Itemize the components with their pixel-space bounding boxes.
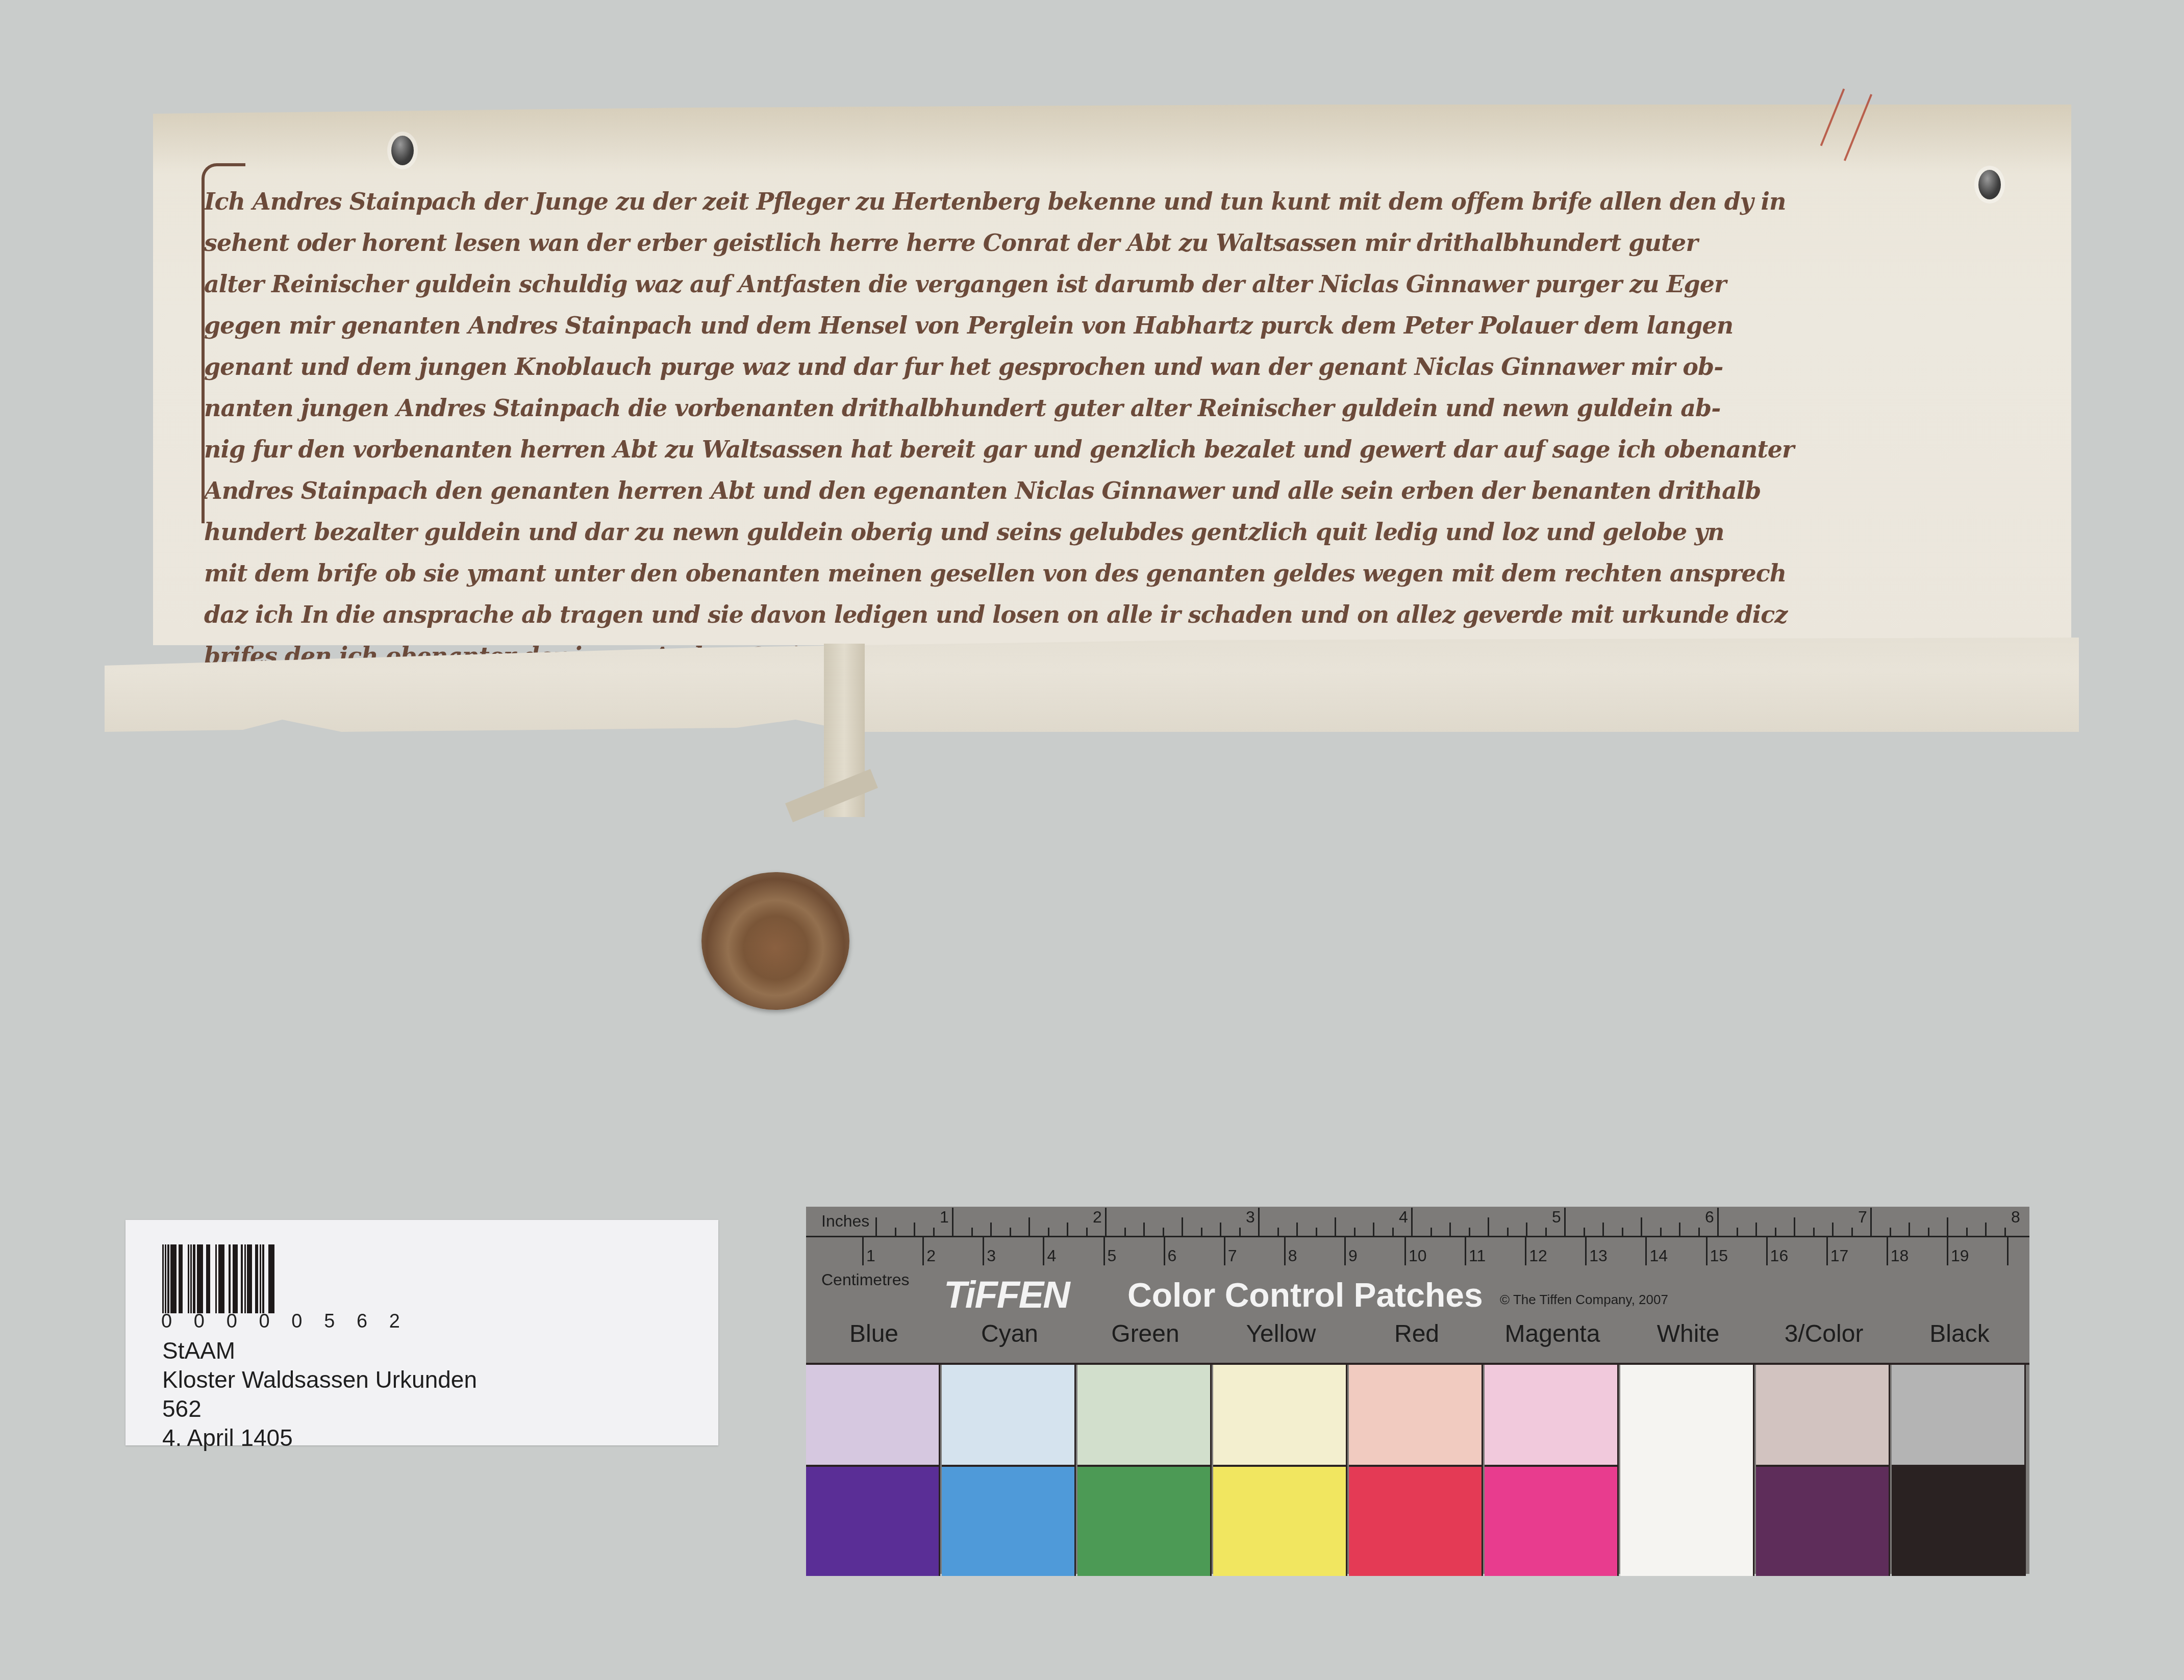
barcode-bar (264, 1244, 268, 1313)
inch-tick (1316, 1228, 1317, 1236)
archive-label: 0 0 0 0 0 5 6 2 StAAM Kloster Waldsassen… (125, 1220, 718, 1445)
chart-copyright: © The Tiffen Company, 2007 (1500, 1292, 1668, 1308)
patch-magenta-dark (1485, 1467, 1619, 1576)
cm-mark: 15 (1710, 1246, 1728, 1265)
cm-tick (983, 1237, 984, 1265)
cm-tick (862, 1237, 864, 1265)
inch-tick (1737, 1228, 1738, 1236)
inch-tick (1870, 1208, 1872, 1236)
inch-tick (1584, 1228, 1585, 1236)
cm-tick (1585, 1237, 1587, 1265)
inch-tick (1411, 1208, 1413, 1236)
inch-tick (971, 1228, 973, 1236)
cm-mark: 9 (1348, 1246, 1358, 1265)
inch-mark: 2 (1093, 1208, 1102, 1227)
inch-mark: 8 (2011, 1208, 2020, 1227)
inch-tick (1469, 1228, 1470, 1236)
text-line: nanten jungen Andres Stainpach die vorbe… (204, 388, 1888, 429)
patch-label-3-color: 3/Color (1756, 1320, 1892, 1348)
cm-mark: 14 (1649, 1246, 1668, 1265)
cm-tick (2007, 1237, 2009, 1265)
patch-magenta-light (1485, 1365, 1619, 1467)
barcode-bar (268, 1244, 274, 1313)
cm-tick (1826, 1237, 1828, 1265)
barcode-bar (170, 1244, 177, 1313)
cm-tick (922, 1237, 924, 1265)
ruler-inches-label: Inches (821, 1212, 869, 1231)
barcode-bar (210, 1244, 215, 1313)
patch-red-light (1349, 1365, 1483, 1467)
cm-mark: 7 (1228, 1246, 1237, 1265)
patch-label-yellow: Yellow (1213, 1320, 1349, 1348)
patch-3-color-light (1756, 1365, 1890, 1467)
patch-black-light (1892, 1365, 2026, 1467)
inch-mark: 5 (1552, 1208, 1561, 1227)
patch-label-red: Red (1349, 1320, 1485, 1348)
charter-text: Ich Andres Stainpach der Junge zu der ze… (204, 181, 1888, 718)
cm-mark: 13 (1589, 1246, 1608, 1265)
cm-mark: 18 (1891, 1246, 1909, 1265)
barcode (162, 1244, 407, 1313)
inch-tick (1985, 1223, 1987, 1236)
inch-tick (1545, 1228, 1547, 1236)
barcode-bar (218, 1244, 224, 1313)
inch-tick (1086, 1228, 1088, 1236)
inch-tick (1679, 1223, 1680, 1236)
patch-yellow-dark (1213, 1467, 1347, 1576)
inch-tick (1335, 1217, 1336, 1236)
barcode-bar (224, 1244, 229, 1313)
inch-tick (1010, 1228, 1011, 1236)
barcode-bar (179, 1244, 183, 1313)
cm-tick (1947, 1237, 1948, 1265)
patch-white (1620, 1365, 1754, 1576)
patch-blue-light (806, 1365, 940, 1467)
patch-red-dark (1349, 1467, 1483, 1576)
inch-tick (1124, 1228, 1126, 1236)
text-line: Ich Andres Stainpach der Junge zu der ze… (204, 181, 1888, 222)
inch-tick (1354, 1228, 1355, 1236)
patch-green-light (1077, 1365, 1212, 1467)
cm-tick (1164, 1237, 1165, 1265)
cm-tick (1224, 1237, 1225, 1265)
inch-tick (1067, 1223, 1068, 1236)
text-line: nig fur den vorbenanten herren Abt zu Wa… (204, 429, 1888, 470)
inch-tick (1182, 1217, 1183, 1236)
cm-mark: 1 (866, 1246, 875, 1265)
mounting-pin-left (391, 136, 414, 165)
inch-mark: 1 (940, 1208, 949, 1227)
inch-tick (1755, 1223, 1757, 1236)
cm-mark: 11 (1469, 1246, 1486, 1265)
inch-tick (1239, 1228, 1241, 1236)
text-line: mit dem brife ob sie ymant unter den obe… (204, 553, 1888, 594)
inch-tick (1813, 1228, 1815, 1236)
inch-tick (1928, 1228, 1929, 1236)
cm-tick (1284, 1237, 1286, 1265)
inch-tick (1048, 1228, 1049, 1236)
barcode-digits: 0 0 0 0 0 5 6 2 (161, 1311, 401, 1333)
patch-labels: BlueCyanGreenYellowRedMagentaWhite3/Colo… (806, 1320, 2029, 1351)
tiffen-logo: TiFFEN (944, 1273, 1069, 1316)
inch-tick (1564, 1208, 1566, 1236)
barcode-bar (206, 1244, 210, 1313)
inch-tick (1201, 1228, 1202, 1236)
patch-label-green: Green (1077, 1320, 1213, 1348)
cm-tick (1404, 1237, 1406, 1265)
cm-tick (1766, 1237, 1768, 1265)
text-line: sehent oder horent lesen wan der erber g… (204, 222, 1888, 264)
inch-tick (1277, 1228, 1279, 1236)
ruler-baseline (806, 1236, 2029, 1237)
cm-mark: 8 (1288, 1246, 1297, 1265)
patch-green-dark (1077, 1467, 1212, 1576)
inch-tick (1526, 1223, 1527, 1236)
text-line: gegen mir genanten Andres Stainpach und … (204, 305, 1888, 346)
inch-tick (2004, 1228, 2006, 1236)
patch-label-black: Black (1892, 1320, 2027, 1348)
ruler: Inches Centimetres 123456781234567891011… (806, 1207, 2029, 1283)
cm-mark: 5 (1108, 1246, 1117, 1265)
inch-tick (1851, 1228, 1853, 1236)
inch-tick (1832, 1223, 1834, 1236)
label-date: 4. April 1405 (162, 1423, 477, 1453)
patch-cyan-light (942, 1365, 1076, 1467)
barcode-bar (197, 1244, 203, 1313)
cm-tick (1645, 1237, 1647, 1265)
inch-tick (1717, 1208, 1719, 1236)
inch-tick (1028, 1217, 1030, 1236)
inch-mark: 7 (1858, 1208, 1867, 1227)
inch-tick (1296, 1223, 1298, 1236)
cm-tick (1525, 1237, 1526, 1265)
text-line: genant und dem jungen Knoblauch purge wa… (204, 346, 1888, 388)
patch-black-dark (1892, 1467, 2026, 1576)
text-line: hundert bezalter guldein und dar zu newn… (204, 512, 1888, 553)
cm-mark: 17 (1830, 1246, 1849, 1265)
inch-tick (1966, 1228, 1968, 1236)
cm-tick (1887, 1237, 1888, 1265)
patch-label-blue: Blue (806, 1320, 942, 1348)
cm-mark: 6 (1168, 1246, 1177, 1265)
cm-tick (1465, 1237, 1466, 1265)
wax-seal (701, 872, 849, 1010)
inch-tick (1698, 1228, 1700, 1236)
cm-mark: 2 (926, 1246, 936, 1265)
inch-mark: 6 (1705, 1208, 1714, 1227)
text-line: alter Reinischer guldein schuldig waz au… (204, 264, 1888, 305)
patch-cyan-dark (942, 1467, 1076, 1576)
inch-tick (1622, 1228, 1623, 1236)
inch-tick (895, 1228, 896, 1236)
inch-tick (1890, 1228, 1891, 1236)
color-control-chart: Inches Centimetres 123456781234567891011… (806, 1207, 2029, 1574)
inch-tick (990, 1223, 992, 1236)
inch-tick (1163, 1228, 1164, 1236)
barcode-bar (183, 1244, 188, 1313)
barcode-bar (233, 1244, 238, 1313)
patch-yellow-light (1213, 1365, 1347, 1467)
barcode-bar (247, 1244, 252, 1313)
inch-tick (1775, 1228, 1776, 1236)
inch-tick (1641, 1217, 1642, 1236)
inch-tick (1220, 1223, 1221, 1236)
label-collection: Kloster Waldsassen Urkunden (162, 1365, 477, 1394)
inch-tick (933, 1228, 935, 1236)
color-patches (806, 1363, 2029, 1576)
inch-tick (914, 1223, 915, 1236)
cm-tick (1344, 1237, 1346, 1265)
inch-mark: 4 (1399, 1208, 1408, 1227)
patch-label-white: White (1620, 1320, 1756, 1348)
patch-label-magenta: Magenta (1485, 1320, 1620, 1348)
inch-tick (1488, 1217, 1489, 1236)
patch-3-color-dark (1756, 1467, 1890, 1576)
cm-mark: 12 (1529, 1246, 1547, 1265)
inch-tick (1105, 1208, 1107, 1236)
inch-mark: 3 (1246, 1208, 1255, 1227)
inch-tick (952, 1208, 953, 1236)
inch-tick (875, 1217, 877, 1236)
inch-tick (1143, 1223, 1145, 1236)
inch-tick (1909, 1223, 1910, 1236)
chart-title: Color Control Patches (1127, 1276, 1483, 1314)
inch-tick (1660, 1228, 1662, 1236)
inch-tick (1947, 1217, 1948, 1236)
ruler-cm-label: Centimetres (821, 1270, 910, 1289)
inch-tick (1794, 1217, 1795, 1236)
inch-tick (1258, 1208, 1260, 1236)
patch-blue-dark (806, 1467, 940, 1576)
inch-tick (1507, 1228, 1509, 1236)
cm-mark: 19 (1951, 1246, 1969, 1265)
cm-mark: 3 (987, 1246, 996, 1265)
label-number: 562 (162, 1394, 477, 1423)
label-archive: StAAM (162, 1336, 477, 1365)
text-line: daz ich In die ansprache ab tragen und s… (204, 594, 1888, 635)
inch-tick (1602, 1223, 1604, 1236)
cm-mark: 4 (1047, 1246, 1056, 1265)
cm-tick (1706, 1237, 1708, 1265)
inch-tick (1430, 1228, 1432, 1236)
cm-tick (1043, 1237, 1044, 1265)
inch-tick (1373, 1223, 1374, 1236)
inch-tick (1449, 1223, 1451, 1236)
inch-tick (1392, 1228, 1394, 1236)
cm-mark: 16 (1770, 1246, 1789, 1265)
cm-tick (1103, 1237, 1105, 1265)
patch-label-cyan: Cyan (942, 1320, 1077, 1348)
mounting-pin-right (1978, 170, 2001, 199)
cm-mark: 10 (1409, 1246, 1427, 1265)
text-line: Andres Stainpach den genanten herren Abt… (204, 470, 1888, 512)
